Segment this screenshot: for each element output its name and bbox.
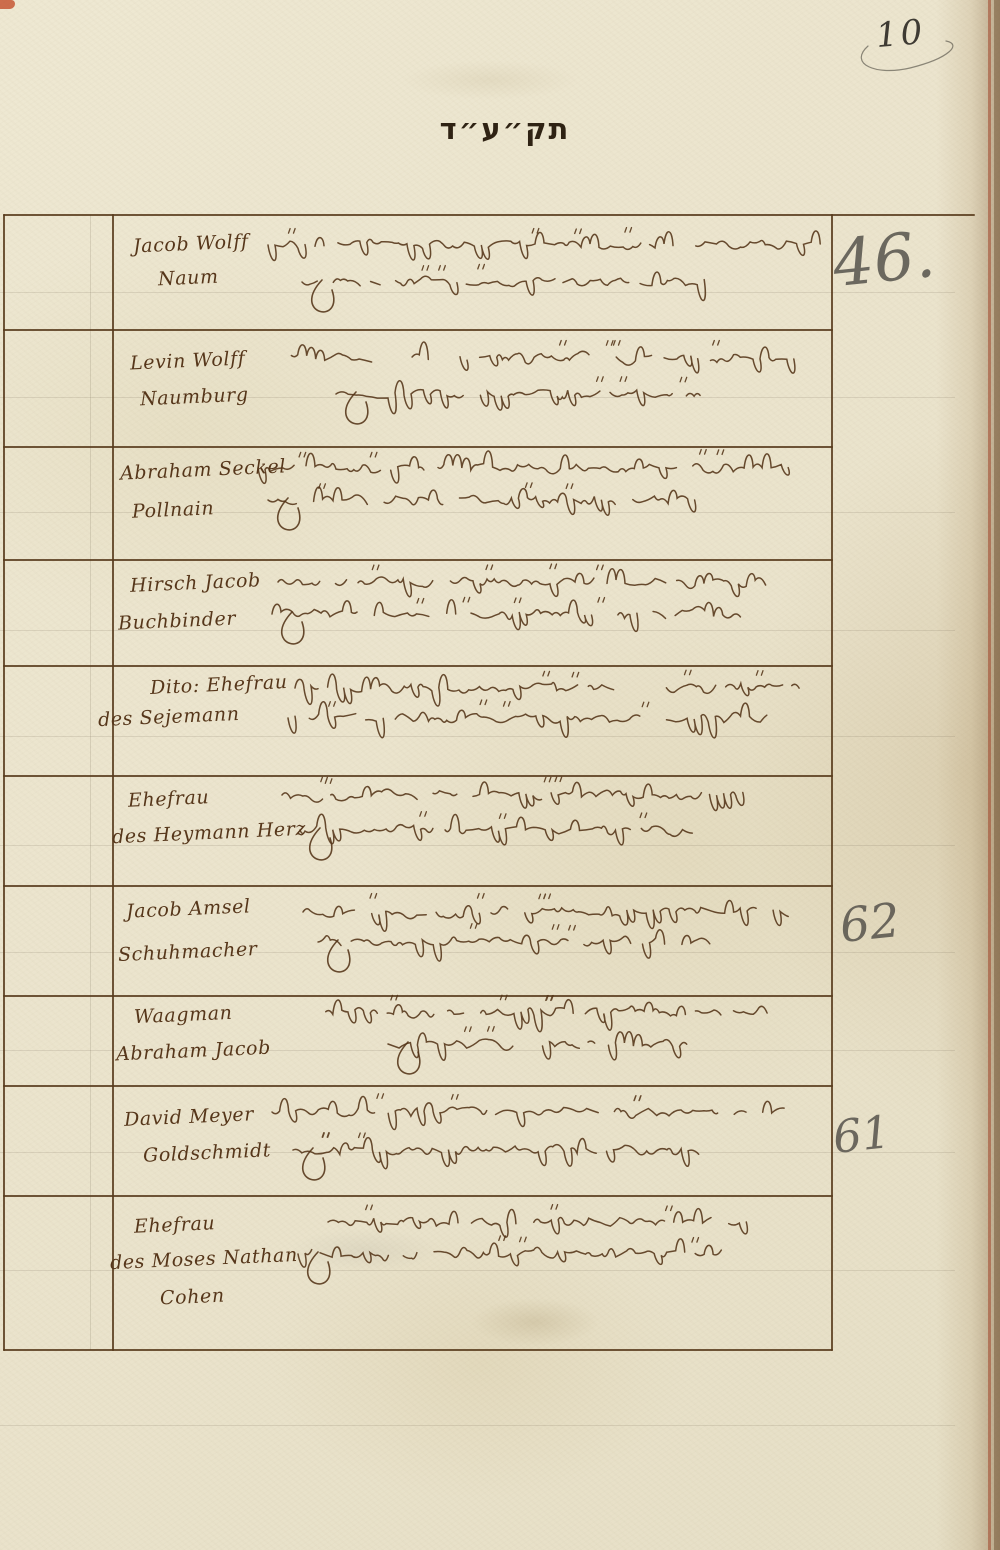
hebrew-script-line <box>272 1096 784 1129</box>
hebrew-script-line <box>308 1252 330 1284</box>
margin-number-pencil: 62 <box>837 893 902 954</box>
hebrew-script-line <box>326 1000 767 1032</box>
hebrew-script-line <box>422 264 484 270</box>
hebrew-script-line <box>268 231 820 260</box>
hebrew-script-line <box>310 828 332 860</box>
hebrew-script-line <box>543 670 763 677</box>
hebrew-script-line <box>282 782 760 811</box>
hebrew-script-line <box>560 341 720 346</box>
manuscript-page: 10 תק״ע״ד Jacob WolffNaum46. Levin Wolff… <box>0 0 1000 1550</box>
hebrew-script-line <box>298 1239 721 1267</box>
entry-name-line: Ehefrau <box>134 1212 216 1238</box>
hebrew-script-line <box>268 487 696 515</box>
hebrew-script-line <box>470 924 575 930</box>
hebrew-script-line <box>303 901 788 932</box>
hebrew-script-line <box>465 1027 495 1032</box>
hebrew-script-line <box>328 940 350 972</box>
hebrew-script-line <box>295 674 799 706</box>
hebrew-script-line <box>377 1094 641 1101</box>
hebrew-script-line <box>391 995 553 1000</box>
hebrew-script-line <box>282 612 304 644</box>
hebrew-script-line <box>861 41 953 71</box>
hebrew-script-line <box>302 272 705 300</box>
hebrew-script-line <box>278 498 300 530</box>
hebrew-script-line <box>300 814 692 845</box>
hebrew-script-line <box>597 377 687 382</box>
hebrew-script-line <box>366 1205 672 1211</box>
hebrew-script-line <box>322 1133 365 1138</box>
hebrew-script-line <box>499 1236 699 1242</box>
hebrew-script-line <box>372 564 603 570</box>
margin-number-pencil: 46. <box>829 218 938 302</box>
hebrew-script-line <box>318 930 710 961</box>
hebrew-script-line <box>289 228 632 234</box>
hebrew-script-line <box>388 1032 687 1060</box>
hebrew-script-line <box>328 1209 763 1238</box>
margin-number-pencil: 61 <box>830 1105 892 1164</box>
entry-name-line: Ehefrau <box>128 786 210 812</box>
entry-name-line: Pollnain <box>132 497 215 523</box>
hebrew-script-line <box>312 280 334 312</box>
hebrew-script-line <box>321 777 562 783</box>
hebrew-script-line <box>272 600 740 632</box>
hebrew-script-line <box>258 451 789 483</box>
hebrew-script-line <box>278 569 766 597</box>
hebrew-script-line <box>336 381 700 414</box>
hebrew-script-line <box>299 450 724 457</box>
entry-name-line: Cohen <box>160 1285 226 1310</box>
hebrew-script-line <box>370 894 550 899</box>
hebrew-script-line <box>329 700 649 707</box>
entry-name-line: Waagman <box>134 1002 233 1028</box>
hebrew-script-line <box>319 483 573 489</box>
hebrew-script-line <box>291 342 794 373</box>
hebrew-script-line <box>293 1138 699 1169</box>
entry-name-line: Naum <box>158 266 220 291</box>
hebrew-script-line <box>346 392 368 424</box>
hebrew-script-line <box>288 702 767 738</box>
